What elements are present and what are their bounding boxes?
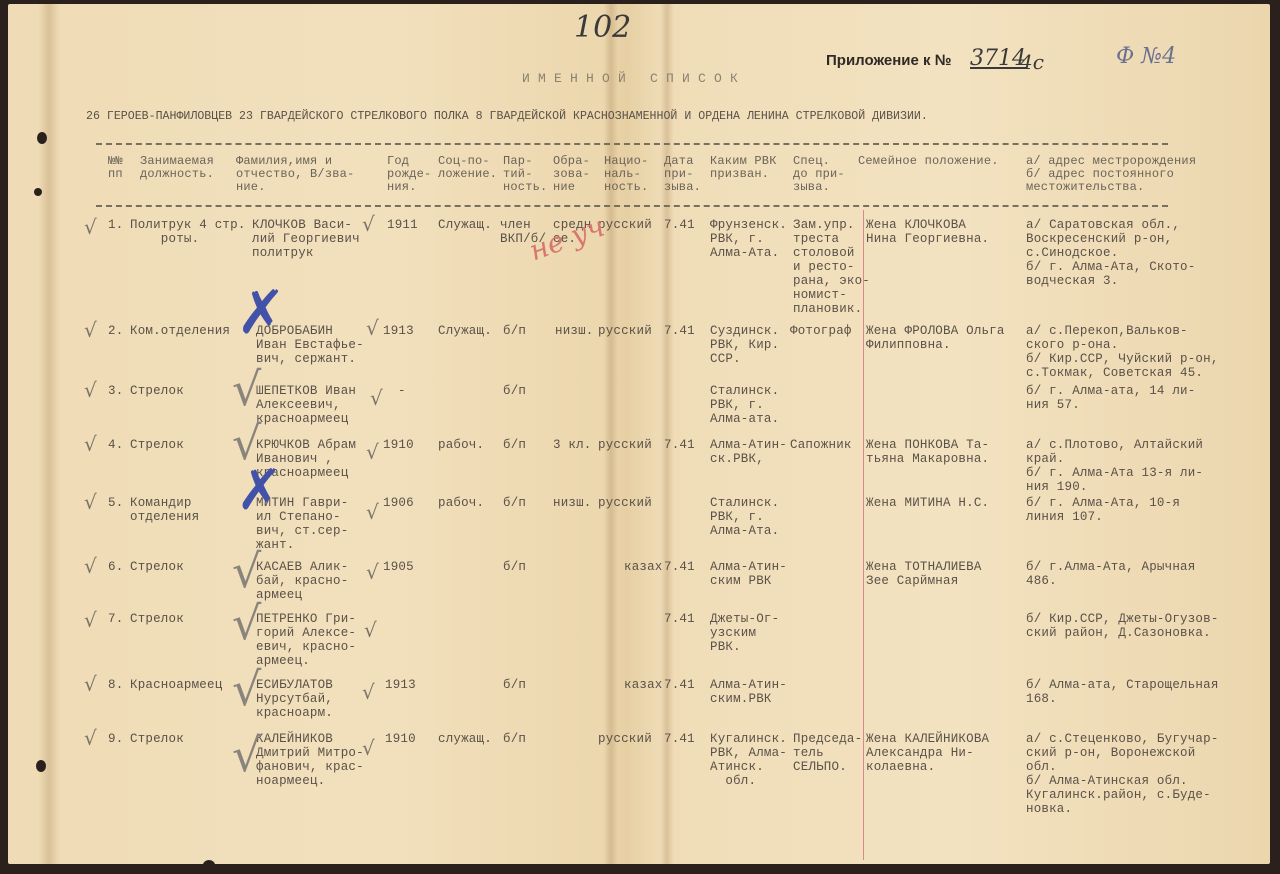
checkmark-icon: √ bbox=[232, 548, 261, 594]
row-address: б/ Алма-ата, Старощельная 168. bbox=[1026, 678, 1219, 706]
row-num: 5. bbox=[108, 496, 123, 510]
row-draft-date: 7.41 bbox=[664, 560, 695, 574]
row-name: ЕСИБУЛАТОВ Нурсутбай, красноарм. bbox=[256, 678, 333, 720]
margin-check-icon: √ bbox=[84, 672, 97, 696]
row-num: 2. bbox=[108, 324, 123, 338]
col-header-rvk: Каким РВК призван. bbox=[710, 155, 777, 181]
checkmark-icon: √ bbox=[232, 666, 261, 712]
row-year: 1906 bbox=[383, 496, 414, 510]
row-address: б/ г. Алма-Ата, 10-я линия 107. bbox=[1026, 496, 1180, 524]
col-header-draft-date: Дата при- зыва. bbox=[664, 155, 701, 194]
row-specialty: Фотограф bbox=[790, 324, 852, 338]
punch-hole-top bbox=[37, 132, 47, 144]
document-subtitle: 26 героев-панфиловцев 23 гвардейского ст… bbox=[86, 110, 928, 124]
checkmark-icon: √ bbox=[232, 420, 261, 466]
row-nationality: русский bbox=[598, 438, 652, 452]
col-header-position: Занимаемая должность. bbox=[140, 155, 214, 181]
appendix-suffix: 4с bbox=[1020, 50, 1044, 74]
name-check-icon: √ bbox=[364, 618, 377, 642]
row-num: 4. bbox=[108, 438, 123, 452]
row-name: ШЕПЕТКОВ Иван Алексеевич, красноармеец bbox=[256, 384, 356, 426]
document-title: И М Е Н Н О Й С П И С О К bbox=[522, 72, 738, 86]
row-year: 1910 bbox=[385, 732, 416, 746]
row-social: рабоч. bbox=[438, 438, 484, 452]
col-header-social: Соц-по- ложение. bbox=[438, 155, 497, 181]
row-social: рабоч. bbox=[438, 496, 484, 510]
row-address: а/ с.Плотово, Алтайский край. б/ г. Алма… bbox=[1026, 438, 1203, 494]
margin-check-icon: √ bbox=[84, 608, 97, 632]
row-draft-date: 7.41 bbox=[664, 612, 695, 626]
row-rvk: Кугалинск. РВК, Алма- Атинск. обл. bbox=[710, 732, 787, 788]
name-check-icon: √ bbox=[362, 680, 375, 704]
row-party: б/п bbox=[503, 678, 526, 692]
row-year: 1910 bbox=[383, 438, 414, 452]
row-address: а/ с.Перекоп,Вальков- ского р-она. б/ Ки… bbox=[1026, 324, 1219, 380]
row-position: Стрелок bbox=[130, 438, 184, 452]
margin-check-icon: √ bbox=[84, 215, 97, 239]
row-year: - bbox=[398, 384, 406, 398]
row-position: Стрелок bbox=[130, 560, 184, 574]
row-family: Жена КЛОЧКОВА Нина Георгиевна. bbox=[866, 218, 989, 246]
col-header-name: Фамилия,имя и отчество, В/зва- ние. bbox=[236, 155, 354, 194]
row-rvk: Фрунзенск. РВК, г. Алма-Ата. bbox=[710, 218, 787, 260]
row-rvk: Джеты-Ог- узским РВК. bbox=[710, 612, 779, 654]
row-specialty: Сапожник bbox=[790, 438, 852, 452]
row-position: Ком.отделения bbox=[130, 324, 230, 338]
row-num: 6. bbox=[108, 560, 123, 574]
row-nationality: русский bbox=[598, 218, 652, 232]
punch-hole-mid bbox=[34, 188, 42, 196]
row-education: низш. bbox=[555, 324, 594, 338]
col-header-num: №№ пп bbox=[108, 155, 123, 181]
row-year: 1905 bbox=[383, 560, 414, 574]
appendix-label: Приложение к № bbox=[826, 52, 951, 69]
row-party: б/п bbox=[503, 384, 526, 398]
folio-number: 102 bbox=[574, 10, 631, 45]
row-rvk: Алма-Атин- ским.РВК bbox=[710, 678, 787, 706]
row-position: Стрелок bbox=[130, 384, 184, 398]
row-specialty: Председа- тель СЕЛЬПО. bbox=[793, 732, 862, 774]
margin-check-icon: √ bbox=[84, 726, 97, 750]
row-party: б/п bbox=[503, 732, 526, 746]
row-family: Жена ТОТНАЛИЕВА Зее Сарймная bbox=[866, 560, 982, 588]
row-rvk: Сталинск. РВК, г. Алма-Ата. bbox=[710, 496, 779, 538]
checkmark-icon: √ bbox=[232, 366, 261, 412]
row-num: 7. bbox=[108, 612, 123, 626]
row-family: Жена КАЛЕЙНИКОВА Александра Ни- колаевна… bbox=[866, 732, 989, 774]
row-name: ПЕТРЕНКО Гри- горий Алексе- евич, красно… bbox=[256, 612, 356, 668]
row-year: 1913 bbox=[383, 324, 414, 338]
name-check-icon: √ bbox=[366, 316, 379, 340]
row-education: 3 кл. bbox=[553, 438, 592, 452]
row-address: а/ с.Стеценково, Бугучар- ский р-он, Вор… bbox=[1026, 732, 1219, 816]
checkmark-icon: √ bbox=[232, 732, 261, 778]
blue-cross-mark-icon: ✗ bbox=[236, 290, 286, 336]
divider bbox=[96, 205, 1168, 207]
name-check-icon: √ bbox=[366, 440, 379, 464]
row-family: Жена МИТИНА Н.С. bbox=[866, 496, 989, 510]
row-specialty: Зам.упр. треста столовой и ресто- рана, … bbox=[793, 218, 870, 316]
row-nationality: казах bbox=[624, 678, 663, 692]
margin-check-icon: √ bbox=[84, 490, 97, 514]
punch-hole-bottom bbox=[36, 760, 46, 772]
divider bbox=[96, 143, 1168, 145]
row-position: Красноармеец bbox=[130, 678, 222, 692]
row-family: Жена ПОНКОВА Та- тьяна Макаровна. bbox=[866, 438, 989, 466]
row-draft-date: 7.41 bbox=[664, 324, 695, 338]
row-party: б/п bbox=[503, 496, 526, 510]
row-address: б/ г.Алма-Ата, Арычная 486. bbox=[1026, 560, 1195, 588]
row-position: Стрелок bbox=[130, 732, 184, 746]
row-party: б/п bbox=[503, 560, 526, 574]
row-address: б/ Кир.ССР, Джеты-Огузов- ский район, Д.… bbox=[1026, 612, 1219, 640]
row-address: б/ г. Алма-ата, 14 ли- ния 57. bbox=[1026, 384, 1195, 412]
punch-hole-edge bbox=[203, 860, 215, 870]
row-rvk: Суздинск. РВК, Кир. ССР. bbox=[710, 324, 779, 366]
row-position: Политрук 4 стр. роты. bbox=[130, 218, 246, 246]
margin-check-icon: √ bbox=[84, 378, 97, 402]
appendix-number: 3714 bbox=[970, 46, 1026, 71]
row-name: КАЛЕЙНИКОВ Дмитрий Митро- фанович, крас-… bbox=[256, 732, 364, 788]
row-rvk: Алма-Атин- ским РВК bbox=[710, 560, 787, 588]
row-rvk: Алма-Атин- ск.РВК, bbox=[710, 438, 787, 466]
col-header-education: Обра- зова- ние bbox=[553, 155, 590, 194]
row-party: б/п bbox=[503, 438, 526, 452]
row-rvk: Сталинск. РВК, г. Алма-ата. bbox=[710, 384, 779, 426]
col-header-nationality: Нацио- наль- ность. bbox=[604, 155, 648, 194]
row-social: Служащ. bbox=[438, 218, 492, 232]
row-num: 9. bbox=[108, 732, 123, 746]
row-num: 3. bbox=[108, 384, 123, 398]
margin-check-icon: √ bbox=[84, 432, 97, 456]
row-party: б/п bbox=[503, 324, 526, 338]
col-header-family: Семейное положение. bbox=[858, 155, 999, 168]
margin-check-icon: √ bbox=[84, 554, 97, 578]
row-draft-date: 7.41 bbox=[664, 732, 695, 746]
name-check-icon: √ bbox=[366, 560, 379, 584]
name-check-icon: √ bbox=[370, 386, 383, 410]
form-mark: Ф №4 bbox=[1116, 44, 1176, 69]
blue-cross-mark-icon: ✗ bbox=[236, 468, 283, 514]
row-year: 1911 bbox=[387, 218, 418, 232]
row-draft-date: 7.41 bbox=[664, 218, 695, 232]
col-header-address: а/ адрес местророждения б/ адрес постоян… bbox=[1026, 155, 1196, 194]
row-social: Служащ. bbox=[438, 324, 492, 338]
name-check-icon: √ bbox=[362, 212, 375, 236]
row-draft-date: 7.41 bbox=[664, 438, 695, 452]
name-check-icon: √ bbox=[366, 500, 379, 524]
row-num: 8. bbox=[108, 678, 123, 692]
col-header-specialty: Спец. до при- зыва. bbox=[793, 155, 845, 194]
row-position: Стрелок bbox=[130, 612, 184, 626]
row-nationality: русский bbox=[598, 496, 652, 510]
row-address: а/ Саратовская обл., Воскресенский р-он,… bbox=[1026, 218, 1195, 288]
col-header-party: Пар- тий- ность. bbox=[503, 155, 547, 194]
checkmark-icon: √ bbox=[232, 600, 261, 646]
row-social: служащ. bbox=[438, 732, 492, 746]
row-name: КЛОЧКОВ Васи- лий Георгиевич политрук bbox=[252, 218, 360, 260]
row-family: Жена ФРОЛОВА Ольга Филипповна. bbox=[866, 324, 1005, 352]
name-check-icon: √ bbox=[362, 736, 375, 760]
row-nationality: русский bbox=[598, 732, 652, 746]
row-nationality: русский bbox=[598, 324, 652, 338]
row-year: 1913 bbox=[385, 678, 416, 692]
row-position: Командир отделения bbox=[130, 496, 199, 524]
col-header-year: Год рожде- ния. bbox=[387, 155, 431, 194]
margin-check-icon: √ bbox=[84, 318, 97, 342]
row-nationality: казах bbox=[624, 560, 663, 574]
row-draft-date: 7.41 bbox=[664, 678, 695, 692]
row-num: 1. bbox=[108, 218, 123, 232]
row-name: КАСАЕВ Алик- бай, красно- армеец bbox=[256, 560, 348, 602]
row-education: низш. bbox=[553, 496, 592, 510]
